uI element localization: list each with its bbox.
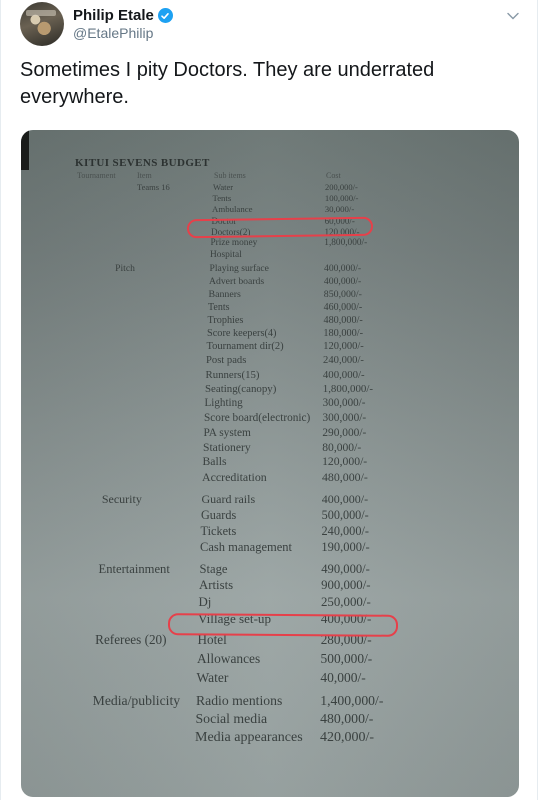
row-sub-item: Accreditation (202, 470, 267, 485)
row-sub-item: Seating(canopy) (205, 383, 276, 395)
budget-row: Seating(canopy)1,800,000/- (21, 383, 519, 397)
row-cost: 480,000/- (322, 470, 368, 485)
budget-row: PA system290,000/- (21, 427, 519, 441)
row-cost: 120,000/- (323, 341, 364, 352)
document-title: KITUI SEVENS BUDGET (75, 157, 210, 169)
row-cost: 30,000/- (325, 204, 355, 214)
budget-row: Media appearances420,000/- (21, 730, 519, 747)
row-cost: 40,000/- (320, 670, 365, 686)
budget-row: EntertainmentStage490,000/- (21, 562, 519, 578)
header-tournament: Tournament (77, 171, 116, 180)
budget-document: KITUI SEVENS BUDGET Tournament Item Sub … (21, 130, 519, 797)
row-sub-item: Advert boards (209, 276, 264, 287)
row-cost: 120,000/- (322, 455, 367, 468)
row-sub-item: PA system (204, 427, 251, 439)
chevron-down-icon[interactable] (506, 8, 520, 18)
row-category: Entertainment (99, 562, 170, 577)
budget-row: Score board(electronic)300,000/- (21, 412, 519, 426)
row-sub-item: Post pads (206, 355, 246, 366)
row-cost: 480,000/- (323, 315, 362, 326)
budget-row: Score keepers(4)180,000/- (21, 328, 519, 341)
row-cost: 490,000/- (321, 562, 370, 577)
row-cost: 500,000/- (322, 508, 369, 523)
row-cost: 190,000/- (321, 540, 369, 555)
row-sub-item: Water (197, 670, 229, 686)
budget-row: Hospital (21, 250, 519, 262)
row-cost: 180,000/- (323, 328, 363, 339)
row-sub-item: Guards (201, 508, 236, 523)
row-category: Referees (20) (95, 632, 166, 648)
author-name-row[interactable]: Philip Etale (73, 7, 173, 24)
row-cost: 300,000/- (323, 397, 366, 409)
header-sub-items: Sub items (214, 171, 246, 180)
budget-row: SecurityGuard rails400,000/- (21, 492, 519, 507)
row-sub-item: Playing surface (210, 263, 269, 274)
row-sub-item: Tickets (201, 524, 237, 539)
row-sub-item: Balls (203, 455, 227, 468)
row-cost: 100,000/- (325, 193, 359, 203)
row-cost: 290,000/- (322, 427, 366, 439)
verified-badge-icon (158, 8, 173, 23)
budget-row: Media/publicityRadio mentions1,400,000/- (21, 693, 519, 710)
budget-row: Teams 16Water200,000/- (21, 182, 519, 194)
row-sub-item: Artists (199, 578, 233, 593)
row-sub-item: Prize money (211, 238, 258, 248)
budget-row: Water40,000/- (21, 670, 519, 687)
row-sub-item: Water (213, 182, 233, 192)
budget-row: Advert boards400,000/- (21, 276, 519, 289)
header-item: Item (137, 171, 152, 180)
row-cost: 460,000/- (324, 302, 363, 313)
row-cost: 200,000/- (325, 182, 358, 192)
row-sub-item: Hospital (210, 250, 242, 260)
row-cost: 1,800,000/- (323, 383, 373, 395)
row-cost: 240,000/- (322, 524, 369, 539)
tweet-card: Philip Etale @EtalePhilip Sometimes I pi… (0, 0, 538, 800)
row-sub-item: Tournament dir(2) (207, 341, 284, 352)
budget-row: Guards500,000/- (21, 508, 519, 523)
row-sub-item: Tents (213, 193, 232, 203)
highlight-circle-doctor (187, 217, 373, 239)
budget-row: Ambulance30,000/- (21, 204, 519, 216)
header-cost: Cost (326, 171, 341, 180)
highlight-circle-dj (168, 613, 398, 637)
budget-row: Runners(15)400,000/- (21, 369, 519, 383)
row-sub-item: Guard rails (202, 492, 256, 507)
row-cost: 80,000/- (322, 441, 361, 454)
budget-row: Balls120,000/- (21, 455, 519, 470)
budget-row: Trophies480,000/- (21, 315, 519, 328)
row-cost: 1,400,000/- (320, 693, 383, 709)
row-cost: 900,000/- (321, 578, 370, 593)
row-sub-item: Stationery (203, 441, 251, 454)
row-sub-item: Lighting (205, 397, 243, 409)
row-sub-item: Stage (200, 562, 228, 577)
row-category: Media/publicity (93, 693, 180, 709)
budget-row: Tickets240,000/- (21, 524, 519, 539)
row-sub-item: Runners(15) (206, 369, 260, 381)
row-cost: 400,000/- (322, 492, 368, 507)
row-sub-item: Dj (199, 595, 212, 610)
budget-row: Post pads240,000/- (21, 355, 519, 369)
author-display-name[interactable]: Philip Etale (73, 7, 154, 24)
row-sub-item: Score keepers(4) (207, 328, 276, 339)
author-handle[interactable]: @EtalePhilip (73, 25, 153, 41)
row-cost: 420,000/- (320, 730, 374, 746)
row-sub-item: Cash management (200, 540, 292, 555)
attached-photo[interactable]: KITUI SEVENS BUDGET Tournament Item Sub … (21, 130, 519, 797)
row-cost: 500,000/- (321, 651, 373, 667)
row-cost: 400,000/- (324, 276, 361, 287)
budget-row: Stationery80,000/- (21, 441, 519, 456)
row-cost: 1,800,000/- (324, 238, 367, 248)
row-cost: 250,000/- (321, 595, 371, 610)
row-category: Teams 16 (137, 182, 170, 192)
budget-row: Tournament dir(2)120,000/- (21, 341, 519, 354)
row-sub-item: Score board(electronic) (204, 412, 310, 424)
budget-row: Tents100,000/- (21, 193, 519, 205)
budget-row: Dj250,000/- (21, 595, 519, 611)
row-sub-item: Media appearances (195, 730, 303, 746)
row-cost: 850,000/- (324, 289, 362, 300)
row-sub-item: Social media (196, 711, 268, 727)
row-category: Security (102, 492, 142, 507)
row-sub-item: Banners (209, 289, 241, 300)
budget-row: Social media480,000/- (21, 711, 519, 728)
budget-row: Artists900,000/- (21, 578, 519, 594)
row-sub-item: Allowances (197, 651, 260, 667)
row-cost: 300,000/- (323, 412, 367, 424)
row-sub-item: Tents (208, 302, 230, 313)
row-category: Pitch (115, 263, 135, 274)
budget-row: Lighting300,000/- (21, 397, 519, 411)
row-cost: 480,000/- (320, 711, 373, 727)
budget-row: Cash management190,000/- (21, 540, 519, 555)
row-cost: 400,000/- (323, 369, 365, 381)
budget-row: Accreditation480,000/- (21, 470, 519, 485)
row-sub-item: Trophies (208, 315, 244, 326)
row-cost: 400,000/- (324, 263, 361, 274)
budget-row: Allowances500,000/- (21, 651, 519, 667)
row-sub-item: Radio mentions (196, 693, 282, 709)
row-sub-item: Ambulance (212, 204, 253, 214)
budget-row: Prize money1,800,000/- (21, 238, 519, 250)
avatar[interactable] (20, 2, 64, 46)
budget-row: Banners850,000/- (21, 289, 519, 302)
budget-row: Tents460,000/- (21, 302, 519, 315)
tweet-text: Sometimes I pity Doctors. They are under… (20, 57, 500, 111)
row-cost: 240,000/- (323, 355, 364, 366)
budget-row: PitchPlaying surface400,000/- (21, 263, 519, 276)
